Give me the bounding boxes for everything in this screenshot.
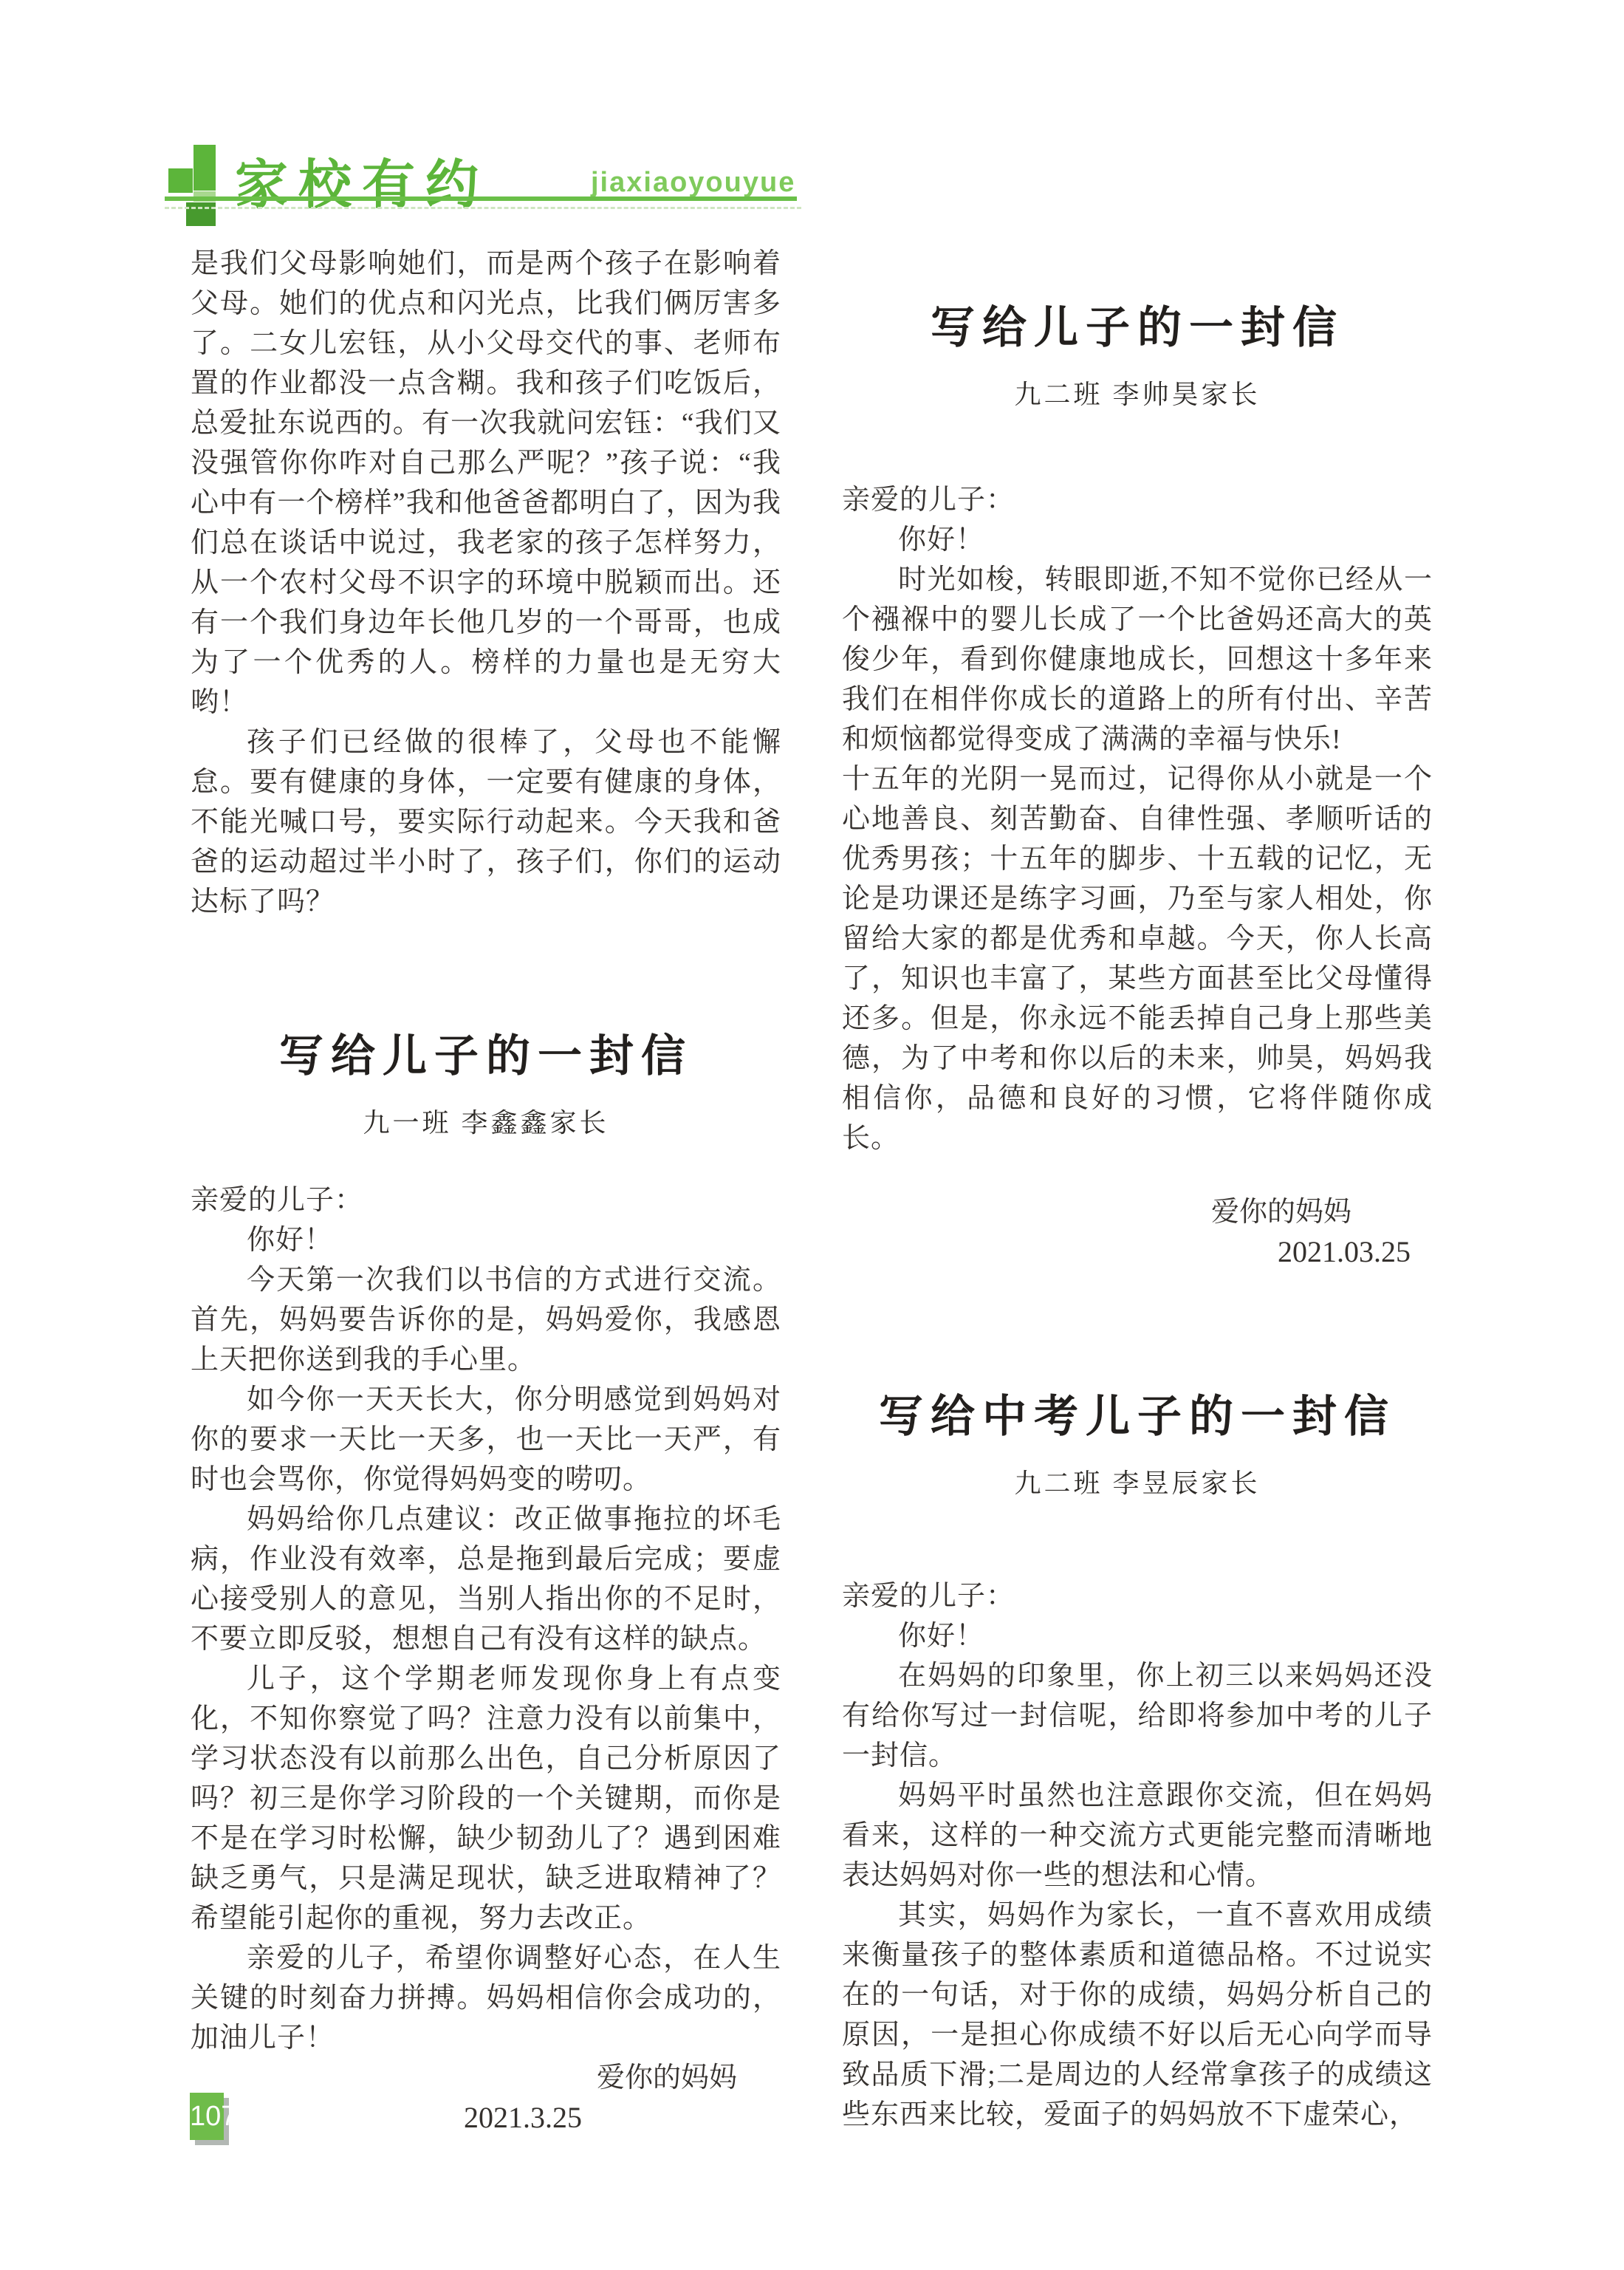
article-title-right-2: 写给中考儿子的一封信 <box>842 1390 1433 1443</box>
letter-paragraph: 十五年的光阴一晃而过，记得你从小就是一个心地善良、刻苦勤奋、自律性强、孝顺听话的… <box>842 759 1433 1158</box>
letter-paragraph: 妈妈平时虽然也注意跟你交流，但在妈妈看来，这样的一种交流方式更能完整而清晰地表达… <box>842 1776 1433 1895</box>
letter-paragraph: 你好！ <box>842 520 1433 560</box>
letter-paragraph: 今天第一次我们以书信的方式进行交流。首先，妈妈要告诉你的是，妈妈爱你，我感恩上天… <box>191 1260 781 1380</box>
page-number: 107 <box>190 2093 224 2140</box>
header-rule-dashed <box>165 207 801 209</box>
letter-paragraph: 时光如梭，转眼即逝,不知不觉你已经从一个襁褓中的婴儿长成了一个比爸妈还高大的英俊… <box>842 560 1433 759</box>
letter-salutation: 亲爱的儿子： <box>842 480 1433 520</box>
article-title-right-1: 写给儿子的一封信 <box>842 301 1433 355</box>
letter-date: 2021.03.25 <box>842 1232 1433 1272</box>
letter-salutation: 亲爱的儿子： <box>191 1180 781 1220</box>
letter-paragraph: 妈妈给你几点建议：改正做事拖拉的坏毛病，作业没有效率，总是拖到最后完成；要虚心接… <box>191 1500 781 1659</box>
section-brand-pinyin: jiaxiaoyouyue <box>591 167 795 199</box>
letter-paragraph: 如今你一天天长大，你分明感觉到妈妈对你的要求一天比一天多，也一天比一天严，有时也… <box>191 1380 781 1500</box>
logo-square-icon <box>168 168 193 193</box>
letter-paragraph: 亲爱的儿子，希望你调整好心态，在人生关键的时刻奋力拼搏。妈妈相信你会成功的，加油… <box>191 1938 781 2058</box>
magazine-page: 家校有约 jiaxiaoyouyue 是我们父母影响她们，而是两个孩子在影响着父… <box>0 0 1624 2270</box>
letter-signoff: 爱你的妈妈 <box>191 2058 781 2098</box>
article-byline-left: 九一班 李鑫鑫家长 <box>191 1107 781 1139</box>
article-byline-right-1: 九二班 李帅昊家长 <box>842 378 1433 411</box>
logo-square-icon <box>186 202 216 226</box>
brand-blocks-icon <box>168 145 239 226</box>
letter-paragraph: 你好！ <box>842 1616 1433 1656</box>
letter-paragraph: 其实，妈妈作为家长，一直不喜欢用成绩来衡量孩子的整体素质和道德品格。不过说实在的… <box>842 1895 1433 2135</box>
letter-salutation: 亲爱的儿子： <box>842 1576 1433 1616</box>
letter-date: 2021.3.25 <box>191 2098 781 2138</box>
right-column: 写给儿子的一封信 九二班 李帅昊家长 亲爱的儿子： 你好！ 时光如梭，转眼即逝,… <box>842 301 1433 2135</box>
logo-square-icon <box>193 145 216 191</box>
letter-paragraph: 在妈妈的印象里，你上初三以来妈妈还没有给你写过一封信呢，给即将参加中考的儿子一封… <box>842 1656 1433 1776</box>
letter-paragraph: 儿子，这个学期老师发现你身上有点变化，不知你察觉了吗？注意力没有以前集中，学习状… <box>191 1659 781 1938</box>
article-byline-right-2: 九二班 李昱辰家长 <box>842 1467 1433 1500</box>
letter-paragraph: 你好！ <box>191 1220 781 1260</box>
letter-signoff: 爱你的妈妈 <box>842 1192 1433 1232</box>
intro-paragraph: 是我们父母影响她们，而是两个孩子在影响着父母。她们的优点和闪光点，比我们俩厉害多… <box>191 244 781 722</box>
left-column: 是我们父母影响她们，而是两个孩子在影响着父母。她们的优点和闪光点，比我们俩厉害多… <box>191 244 781 2138</box>
intro-paragraph: 孩子们已经做的很棒了，父母也不能懈怠。要有健康的身体，一定要有健康的身体，不能光… <box>191 722 781 922</box>
article-title-left: 写给儿子的一封信 <box>191 1030 781 1083</box>
header-rule <box>165 196 797 201</box>
